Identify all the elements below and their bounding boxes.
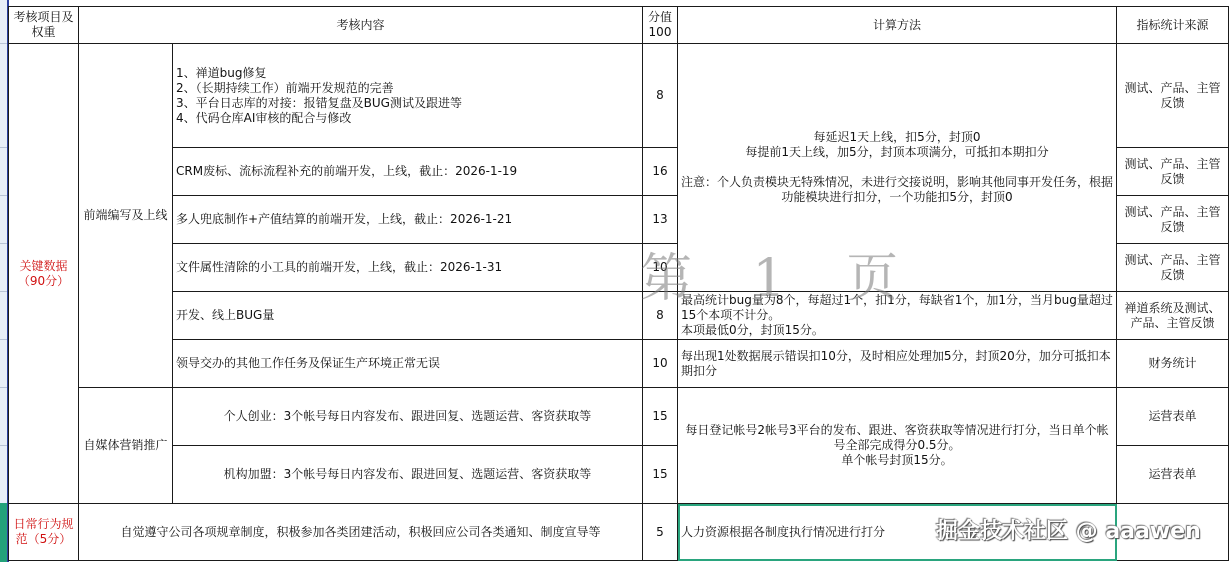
method-cell[interactable]: 最高统计bug量为8个，每超过1个，扣1分，每缺省1个，加1分，当月bug量超过… bbox=[678, 292, 1117, 340]
group-key-data[interactable]: 关键数据（90分） bbox=[9, 44, 79, 504]
assessment-table: 考核项目及权重 考核内容 分值100 计算方法 指标统计来源 关键数据（90分）… bbox=[8, 6, 1229, 561]
row-divider bbox=[0, 147, 7, 148]
header-content[interactable]: 考核内容 bbox=[79, 7, 643, 44]
source-cell[interactable]: 测试、产品、主管反馈 bbox=[1117, 244, 1229, 292]
source-cell[interactable]: 测试、产品、主管反馈 bbox=[1117, 148, 1229, 196]
group-daily-conduct[interactable]: 日常行为规范（5分） bbox=[9, 504, 79, 561]
content-cell[interactable]: 个人创业：3个帐号每日内容发布、跟进回复、选题运营、客资获取等 bbox=[173, 388, 643, 446]
content-cell[interactable]: 多人兜底制作+产值结算的前端开发，上线，截止：2026-1-21 bbox=[173, 196, 643, 244]
row-divider bbox=[0, 291, 7, 292]
source-cell[interactable]: 财务统计 bbox=[1117, 340, 1229, 388]
source-cell[interactable]: 测试、产品、主管反馈 bbox=[1117, 44, 1229, 148]
score-cell[interactable]: 15 bbox=[643, 446, 678, 504]
subgroup-frontend[interactable]: 前端编写及上线 bbox=[79, 44, 173, 388]
table-row: 领导交办的其他工作任务及保证生产环境正常无误 10 每出现1处数据展示错误扣10… bbox=[9, 340, 1229, 388]
subgroup-media[interactable]: 自媒体营销推广 bbox=[79, 388, 173, 504]
row-divider bbox=[0, 195, 7, 196]
score-cell[interactable]: 13 bbox=[643, 196, 678, 244]
content-cell[interactable]: 机构加盟：3个帐号每日内容发布、跟进回复、选题运营、客资获取等 bbox=[173, 446, 643, 504]
content-cell[interactable]: 自觉遵守公司各项规章制度，积极参加各类团建活动，积极回应公司各类通知、制度宣导等 bbox=[79, 504, 643, 561]
row-divider bbox=[0, 339, 7, 340]
selected-row-indicator bbox=[0, 503, 7, 562]
source-cell[interactable]: 禅道系统及测试、产品、主管反馈 bbox=[1117, 292, 1229, 340]
score-cell[interactable]: 8 bbox=[643, 44, 678, 148]
content-cell[interactable]: 开发、线上BUG量 bbox=[173, 292, 643, 340]
method-media[interactable]: 每日登记帐号2帐号3平台的发布、跟进、客资获取等情况进行打分，当日单个帐号全部完… bbox=[678, 388, 1117, 504]
score-cell[interactable]: 15 bbox=[643, 388, 678, 446]
table-row: 日常行为规范（5分） 自觉遵守公司各项规章制度，积极参加各类团建活动，积极回应公… bbox=[9, 504, 1229, 561]
method-cell-selected[interactable]: 人力资源根据各制度执行情况进行打分 bbox=[678, 504, 1117, 561]
source-cell[interactable]: 运营表单 bbox=[1117, 388, 1229, 446]
content-cell[interactable]: 1、禅道bug修复 2、（长期持续工作）前端开发规范的完善 3、平台日志库的对接… bbox=[173, 44, 643, 148]
score-cell[interactable]: 16 bbox=[643, 148, 678, 196]
source-cell[interactable]: 运营表单 bbox=[1117, 446, 1229, 504]
method-frontend[interactable]: 每延迟1天上线，扣5分，封顶0 每提前1天上线，加5分，封顶本项满分，可抵扣本期… bbox=[678, 44, 1117, 292]
source-cell[interactable]: 测试、产品、主管反馈 bbox=[1117, 196, 1229, 244]
content-cell[interactable]: 领导交办的其他工作任务及保证生产环境正常无误 bbox=[173, 340, 643, 388]
header-method[interactable]: 计算方法 bbox=[678, 7, 1117, 44]
score-cell[interactable]: 10 bbox=[643, 244, 678, 292]
table-row: 关键数据（90分） 前端编写及上线 1、禅道bug修复 2、（长期持续工作）前端… bbox=[9, 44, 1229, 148]
row-divider bbox=[0, 43, 7, 44]
method-cell[interactable]: 每出现1处数据展示错误扣10分，及时相应处理加5分，封顶20分，加分可抵扣本期扣… bbox=[678, 340, 1117, 388]
header-source[interactable]: 指标统计来源 bbox=[1117, 7, 1229, 44]
row-divider bbox=[0, 387, 7, 388]
score-cell[interactable]: 10 bbox=[643, 340, 678, 388]
header-score[interactable]: 分值100 bbox=[643, 7, 678, 44]
score-cell[interactable]: 8 bbox=[643, 292, 678, 340]
table-row: 自媒体营销推广 个人创业：3个帐号每日内容发布、跟进回复、选题运营、客资获取等 … bbox=[9, 388, 1229, 446]
header-row: 考核项目及权重 考核内容 分值100 计算方法 指标统计来源 bbox=[9, 7, 1229, 44]
row-divider bbox=[0, 445, 7, 446]
row-divider bbox=[0, 243, 7, 244]
table-row: 开发、线上BUG量 8 最高统计bug量为8个，每超过1个，扣1分，每缺省1个，… bbox=[9, 292, 1229, 340]
content-cell[interactable]: 文件属性清除的小工具的前端开发，上线，截止：2026-1-31 bbox=[173, 244, 643, 292]
score-cell[interactable]: 5 bbox=[643, 504, 678, 561]
header-category[interactable]: 考核项目及权重 bbox=[9, 7, 79, 44]
spreadsheet: 考核项目及权重 考核内容 分值100 计算方法 指标统计来源 关键数据（90分）… bbox=[8, 6, 1229, 561]
content-cell[interactable]: CRM废标、流标流程补充的前端开发，上线，截止：2026-1-19 bbox=[173, 148, 643, 196]
source-cell[interactable] bbox=[1117, 504, 1229, 561]
